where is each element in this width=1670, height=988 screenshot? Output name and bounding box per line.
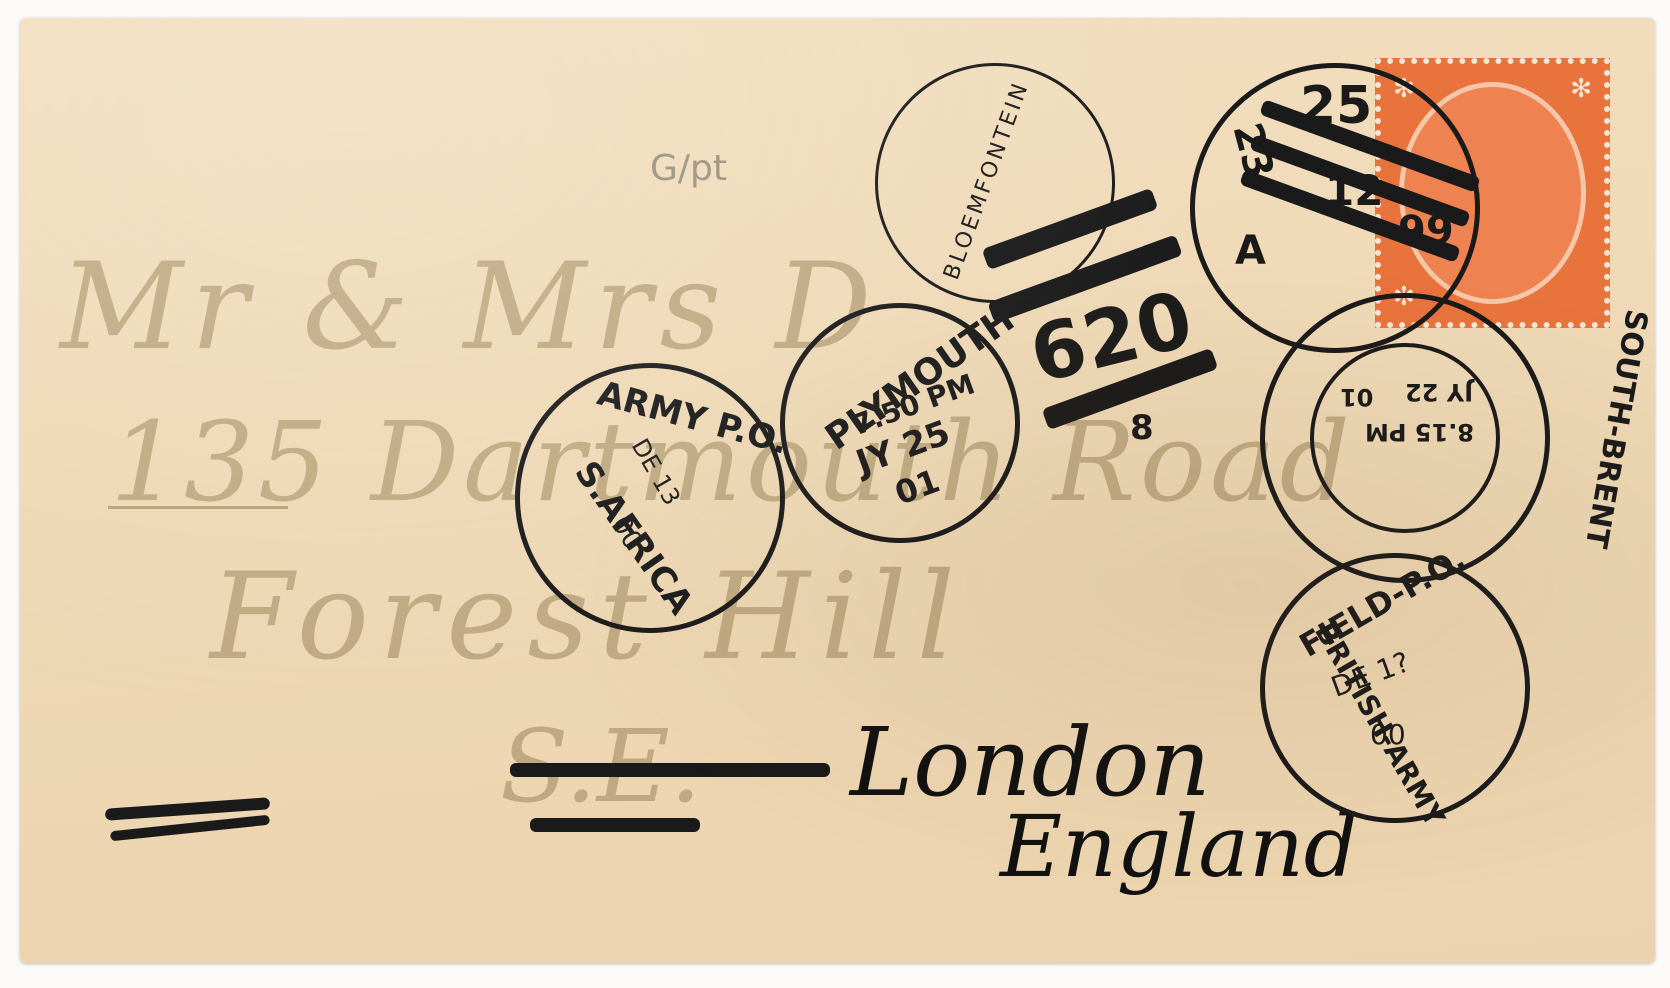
address-line-2: 135 Dartmouth Road	[110, 398, 1354, 526]
strike-line	[105, 797, 270, 820]
south-brent-town: SOUTH-BRENT	[1578, 307, 1654, 551]
star-ornament-icon: ✻	[1570, 74, 1592, 104]
field-po-bottom: BRITISH-ARMY	[1308, 617, 1451, 832]
plymouth-date: JY 25	[851, 413, 955, 484]
postmark-bloemfontein-text: BLOEMFONTEIN	[939, 78, 1034, 283]
duplex-bar	[1042, 348, 1219, 430]
postmark-south-brent	[1260, 293, 1550, 583]
strike-line	[530, 818, 700, 832]
postmark-stamp-cancel	[1190, 63, 1480, 353]
duplex-number: 620	[1022, 275, 1202, 402]
queen-victoria-portrait	[1399, 82, 1586, 304]
address-line-1: Mr & Mrs D	[60, 238, 880, 377]
cancel-letter: A	[1235, 228, 1266, 274]
cancel-day: 23	[1223, 118, 1282, 184]
postmark-south-brent-inner	[1310, 343, 1500, 533]
star-ornament-icon: ✻	[1393, 282, 1415, 312]
address-line-4: S.E.	[500, 708, 702, 825]
army-po-year: 00	[605, 511, 648, 555]
plymouth-year: 01	[890, 462, 945, 513]
cancel-bar	[1249, 134, 1471, 228]
south-brent-time: 8.15 PM	[1365, 418, 1474, 446]
duplex-sub: 8	[1130, 408, 1154, 448]
redirect-line-2: England	[1000, 798, 1358, 897]
redirect-line-1: London	[850, 708, 1211, 818]
cancel-bar	[1259, 99, 1481, 193]
pencil-note: G/pt	[650, 148, 727, 189]
postmark-bloemfontein	[875, 63, 1115, 303]
cancel-number: 25	[1300, 76, 1372, 136]
postmark-army-po	[515, 363, 785, 633]
army-po-top: ARMY P.O.	[593, 373, 792, 462]
cancel-year: 99	[1398, 208, 1454, 254]
strike-line	[510, 763, 830, 777]
address-line-3: Forest Hill	[210, 548, 965, 687]
envelope: G/pt Mr & Mrs D 135 Dartmouth Road Fores…	[20, 18, 1655, 963]
plymouth-town: PLYMOUTH	[818, 299, 1022, 459]
field-po-top: FIELD-P.O.	[1293, 539, 1472, 664]
duplex-bar	[987, 234, 1182, 323]
army-po-date: DE 13	[626, 434, 686, 510]
army-po-bottom: S.AFRICA	[566, 454, 700, 622]
south-brent-year: 01	[1340, 383, 1373, 411]
underline	[108, 506, 288, 509]
duplex-bar	[982, 188, 1159, 270]
postmark-field-po	[1260, 553, 1530, 823]
strike-line	[110, 815, 270, 842]
south-brent-date: JY 22	[1405, 378, 1473, 406]
field-po-year: 00	[1370, 718, 1406, 751]
cancel-month: 12	[1325, 166, 1383, 215]
cancel-bar	[1239, 169, 1461, 263]
star-ornament-icon: ✻	[1393, 74, 1415, 104]
stamp: ✻ ✻ ✻	[1375, 58, 1610, 328]
field-po-date: DE 1?	[1327, 645, 1414, 704]
plymouth-time: 7.50 PM	[848, 367, 979, 442]
postmark-plymouth	[780, 303, 1020, 543]
